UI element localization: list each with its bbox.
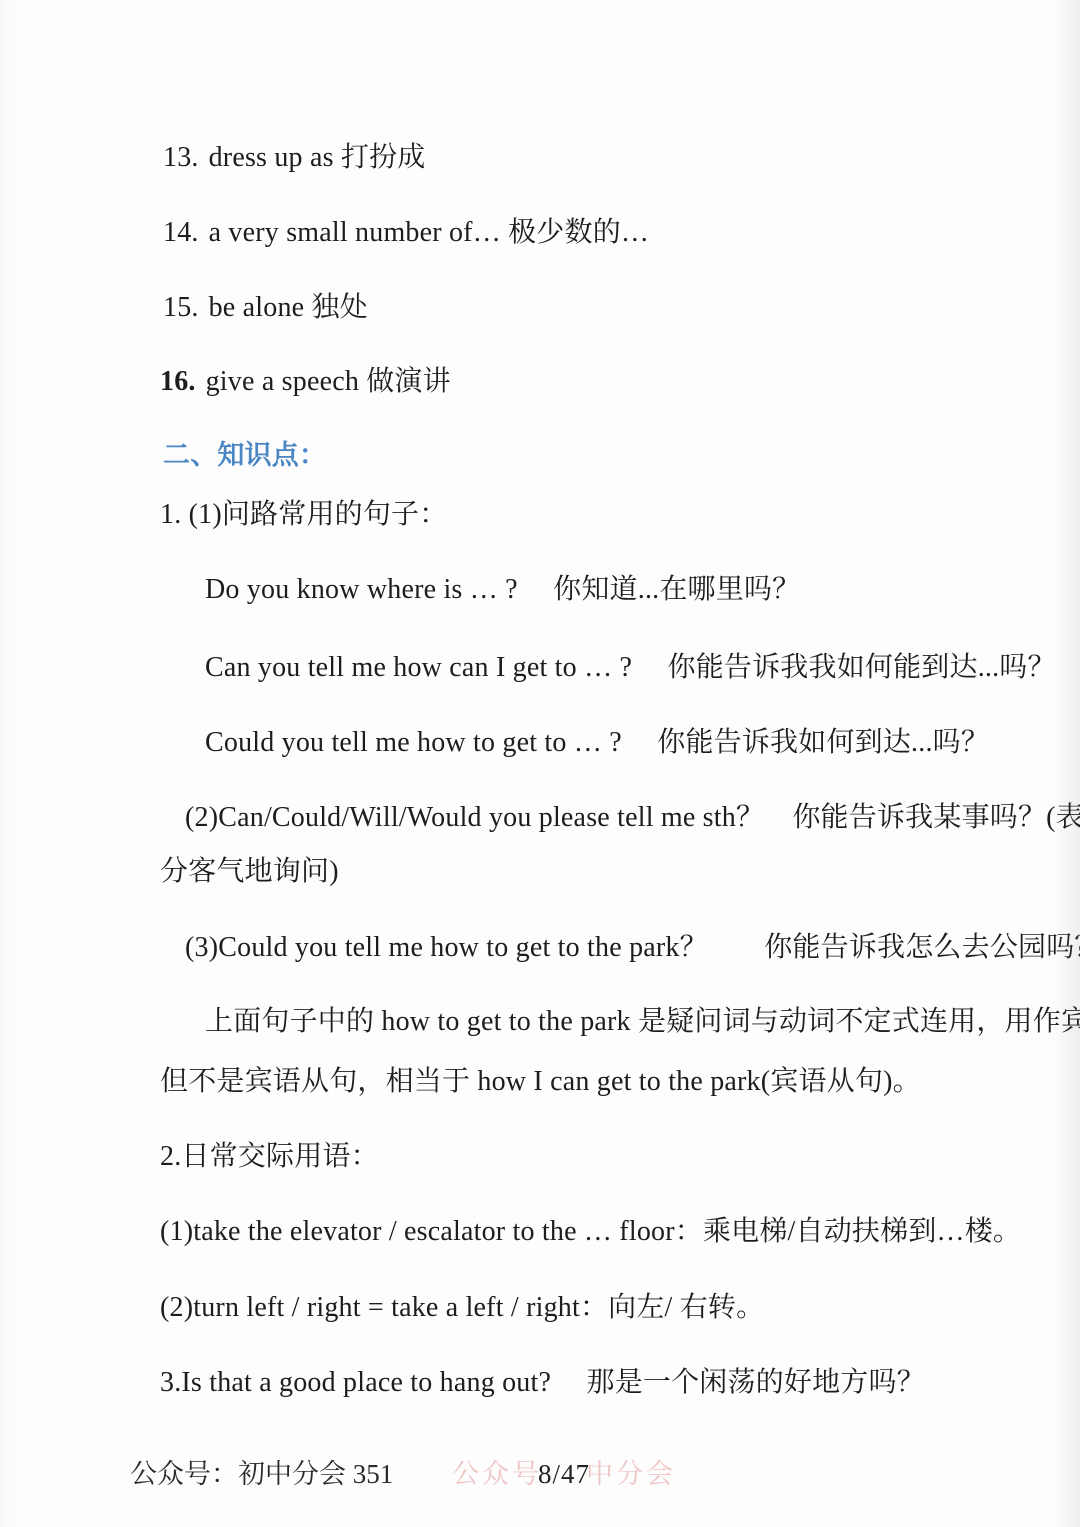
footer-account-text: 公众号：初中分会 351: [130, 1458, 393, 1490]
item-text: a very small number of… 极少数的…: [209, 217, 650, 248]
watermark-left: 公众号: [452, 1459, 542, 1489]
vocab-item-15: 15.be alone 独处: [163, 291, 368, 325]
document-page: 13.dress up as 打扮成 14.a very small numbe…: [0, 0, 1080, 1527]
vocab-item-13: 13.dress up as 打扮成: [163, 141, 425, 175]
item-number: 15.: [163, 291, 199, 325]
sentence-could-you-tell: Could you tell me how to get to … ? 你能告诉…: [205, 726, 989, 760]
knowledge-item1-title: 1. (1)问路常用的句子：: [160, 498, 447, 532]
section-heading-knowledge-points: 二、知识点：: [163, 438, 326, 472]
item-text: be alone 独处: [209, 292, 368, 323]
item-text: dress up as 打扮成: [209, 142, 426, 173]
page-number: 8/47: [538, 1459, 590, 1489]
knowledge-item2-heading: 2.日常交际用语：: [160, 1140, 379, 1174]
sentence-do-you-know: Do you know where is … ? 你知道...在哪里吗？: [205, 573, 800, 607]
vocab-item-16: 16.give a speech 做演讲: [160, 365, 451, 399]
note-line2: 但不是宾语从句，相当于 how I can get to the park(宾语…: [160, 1065, 921, 1099]
knowledge-item3-sentence: 3.Is that a good place to hang out? 那是一个…: [160, 1366, 925, 1400]
footer-watermark: 公众号8/47中分会: [452, 1458, 676, 1490]
knowledge-item3: (3)Could you tell me how to get to the p…: [185, 931, 1080, 965]
item-number: 13.: [163, 141, 199, 175]
sentence-can-you-tell: Can you tell me how can I get to … ? 你能告…: [205, 651, 1056, 685]
knowledge-item2-line1: (2)Can/Could/Will/Would you please tell …: [185, 801, 1080, 835]
item-number: 14.: [163, 216, 199, 250]
item-text: give a speech 做演讲: [206, 366, 451, 397]
knowledge-item2-line2: 分客气地询问): [160, 855, 339, 889]
daily-expression-1: (1)take the elevator / escalator to the …: [160, 1215, 1021, 1249]
watermark-right: 中分会: [586, 1459, 676, 1489]
daily-expression-2: (2)turn left / right = take a left / rig…: [160, 1291, 764, 1325]
vocab-item-14: 14.a very small number of… 极少数的…: [163, 216, 649, 250]
note-line1: 上面句子中的 how to get to the park 是疑问词与动词不定式…: [205, 1005, 1080, 1039]
item-number: 16.: [160, 365, 196, 399]
